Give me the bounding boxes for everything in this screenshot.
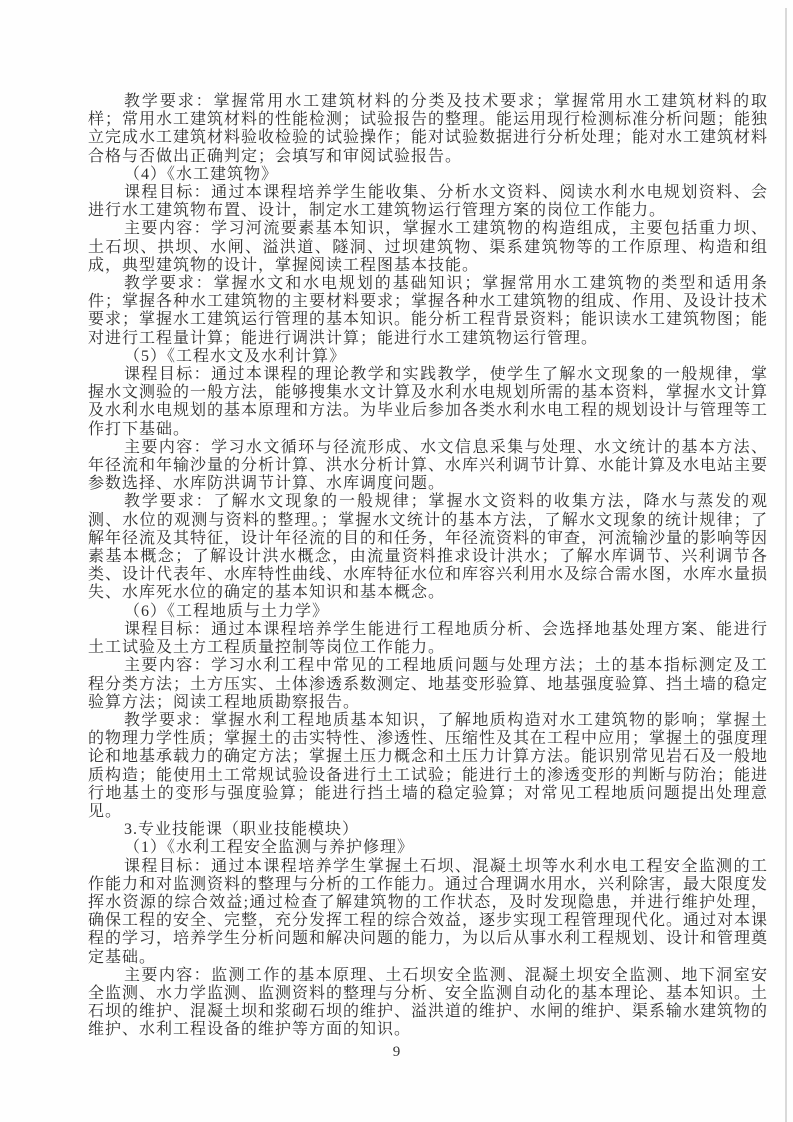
page-number: 9: [0, 1044, 793, 1061]
scan-edge-artifact: [785, 8, 787, 1122]
paragraph-course-goal-5: 课程目标：通过本课程的理论教学和实践教学，使学生了解水文现象的一般规律，掌握水文…: [88, 366, 768, 439]
paragraph-course-goal-monitoring: 课程目标：通过本课程培养学生掌握土石坝、混凝土坝等水利水电工程安全监测的工作能力…: [88, 858, 768, 967]
course-heading-5: （5）《工程水文及水利计算》: [88, 348, 768, 366]
paragraph-teaching-requirements-6: 教学要求：掌握水利工程地质基本知识，了解地质构造对水工建筑物的影响；掌握土的物理…: [88, 712, 768, 821]
document-body: 教学要求：掌握常用水工建筑材料的分类及技术要求；掌握常用水工建筑材料的取样；常用…: [88, 93, 768, 1040]
paragraph-main-content-5: 主要内容：学习水文循环与径流形成、水文信息采集与处理、水文统计的基本方法、 年径…: [88, 439, 768, 494]
paragraph-teaching-requirements-materials: 教学要求：掌握常用水工建筑材料的分类及技术要求；掌握常用水工建筑材料的取样；常用…: [88, 93, 768, 166]
paragraph-course-goal-4: 课程目标：通过本课程培养学生能收集、分析水文资料、阅读水利水电规划资料、会进行水…: [88, 184, 768, 220]
course-heading-monitoring: （1）《水利工程安全监测与养护修理》: [88, 839, 768, 857]
course-heading-6: （6）《工程地质与土力学》: [88, 603, 768, 621]
paragraph-teaching-requirements-4: 教学要求：掌握水文和水电规划的基础知识；掌握常用水工建筑物的类型和适用条件；掌握…: [88, 275, 768, 348]
paragraph-main-content-monitoring: 主要内容：监测工作的基本原理、土石坝安全监测、混凝土坝安全监测、地下洞室安全监测…: [88, 967, 768, 1040]
course-heading-4: （4）《水工建筑物》: [88, 166, 768, 184]
document-page: 教学要求：掌握常用水工建筑材料的分类及技术要求；掌握常用水工建筑材料的取样；常用…: [0, 0, 793, 1122]
paragraph-main-content-4: 主要内容：学习河流要素基本知识，掌握水工建筑物的构造组成，主要包括重力坝、土石坝…: [88, 220, 768, 275]
paragraph-course-goal-6: 课程目标：通过本课程培养学生能进行工程地质分析、会选择地基处理方案、能进行土工试…: [88, 621, 768, 657]
paragraph-teaching-requirements-5: 教学要求：了解水文现象的一般规律；掌握水文资料的收集方法，降水与蒸发的观测、水位…: [88, 493, 768, 602]
paragraph-main-content-6: 主要内容：学习水利工程中常见的工程地质问题与处理方法；土的基本指标测定及工程分类…: [88, 657, 768, 712]
section-heading-skills-courses: 3.专业技能课（职业技能模块）: [88, 821, 768, 839]
